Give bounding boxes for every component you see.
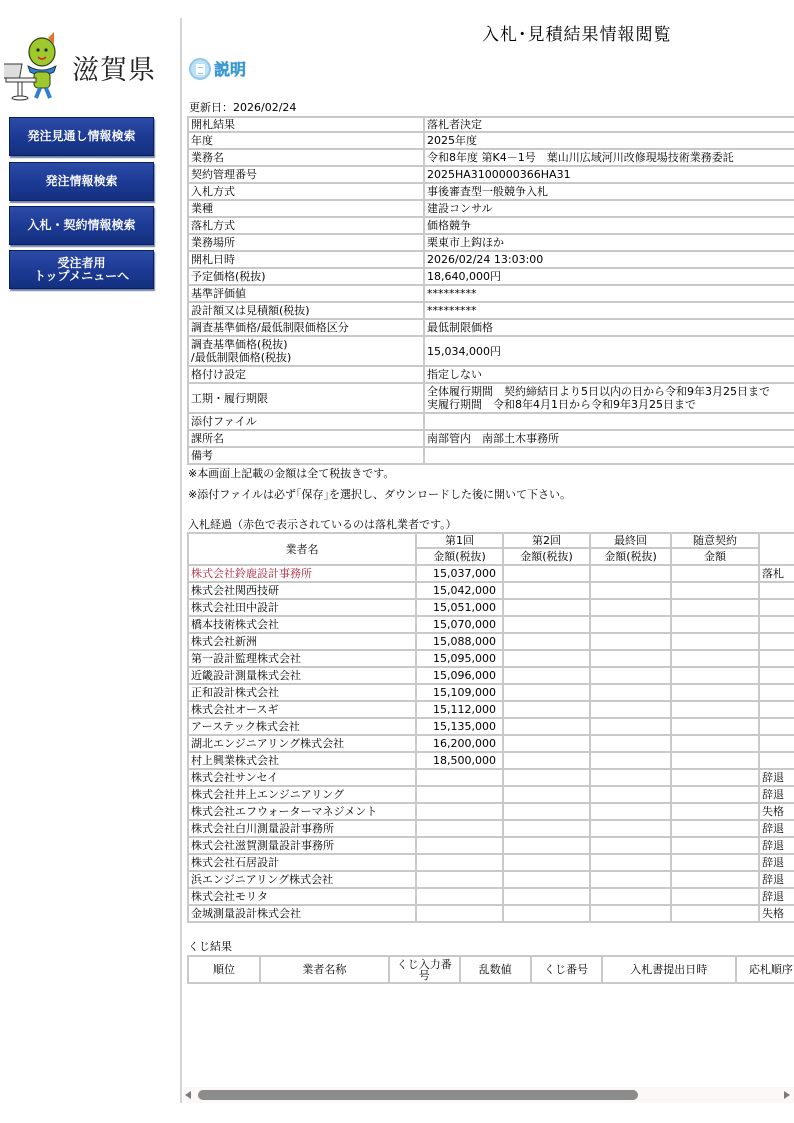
- bid-status: [758, 719, 794, 736]
- col-round1: 第1回: [415, 532, 502, 549]
- bid-status: 辞退: [758, 787, 794, 804]
- final-amount: [589, 719, 670, 736]
- final-amount: [589, 583, 670, 600]
- discretionary-amount: [670, 719, 758, 736]
- bid-row: 湖北エンジニアリング株式会社16,200,000: [187, 736, 794, 753]
- round1-amount: 15,037,000: [415, 566, 502, 583]
- final-amount: [589, 906, 670, 923]
- info-key: 課所名: [187, 431, 423, 448]
- final-amount: [589, 889, 670, 906]
- info-value: [423, 448, 794, 465]
- round1-amount: 15,135,000: [415, 719, 502, 736]
- bid-status: 失格: [758, 906, 794, 923]
- round1-amount: [415, 804, 502, 821]
- final-amount: [589, 685, 670, 702]
- info-key: 契約管理番号: [187, 167, 423, 184]
- discretionary-amount: [670, 855, 758, 872]
- final-amount: [589, 566, 670, 583]
- nav-bid-contract-search[interactable]: 入札・契約情報検索: [9, 206, 154, 245]
- discretionary-amount: [670, 838, 758, 855]
- discretionary-amount: [670, 804, 758, 821]
- info-row: 課所名南部管内 南部土木事務所: [187, 431, 794, 448]
- vendor-name: 橋本技術株式会社: [187, 617, 415, 634]
- bid-row: 株式会社石居設計辞退: [187, 855, 794, 872]
- main-content: 入札･見積結果情報閲覧 説明 更新日：2026/02/24 開札結果落札者決定年…: [186, 0, 794, 1123]
- discretionary-amount: [670, 600, 758, 617]
- info-key: 開札日時: [187, 252, 423, 269]
- bid-status: 辞退: [758, 889, 794, 906]
- info-row: 入札方式事後審査型一般競争入札: [187, 184, 794, 201]
- discretionary-amount: [670, 583, 758, 600]
- final-amount: [589, 753, 670, 770]
- bid-row: 株式会社白川測量設計事務所辞退: [187, 821, 794, 838]
- vendor-name: 湖北エンジニアリング株式会社: [187, 736, 415, 753]
- lottery-caption: くじ結果: [188, 938, 232, 954]
- bid-row: 株式会社サンセイ辞退: [187, 770, 794, 787]
- bid-row: 近畿設計測量株式会社15,096,000: [187, 668, 794, 685]
- final-amount: [589, 736, 670, 753]
- round2-amount: [502, 804, 589, 821]
- info-value: *********: [423, 286, 794, 303]
- info-value: *********: [423, 303, 794, 320]
- bid-status: [758, 702, 794, 719]
- discretionary-amount: [670, 685, 758, 702]
- round1-amount: 18,500,000: [415, 753, 502, 770]
- info-value: 15,034,000円: [423, 337, 794, 367]
- bid-row: アーステック株式会社15,135,000: [187, 719, 794, 736]
- round1-amount: [415, 838, 502, 855]
- bid-row: 浜エンジニアリング株式会社辞退: [187, 872, 794, 889]
- info-value: [423, 414, 794, 431]
- info-key: 業務場所: [187, 235, 423, 252]
- bid-status: [758, 685, 794, 702]
- round2-amount: [502, 838, 589, 855]
- final-amount: [589, 651, 670, 668]
- vendor-name: 第一設計監理株式会社: [187, 651, 415, 668]
- nav-order-forecast-search[interactable]: 発注見通し情報検索: [9, 117, 154, 156]
- discretionary-amount: [670, 702, 758, 719]
- col-status: [758, 532, 794, 566]
- final-amount: [589, 634, 670, 651]
- round1-amount: 15,070,000: [415, 617, 502, 634]
- round1-amount: [415, 787, 502, 804]
- round2-amount: [502, 821, 589, 838]
- note-attachment: ※添付ファイルは必ず｢保存｣を選択し、ダウンロードした後に開いて下さい。: [188, 486, 571, 502]
- vendor-name: 株式会社新洲: [187, 634, 415, 651]
- info-key: 設計額又は見積額(税抜): [187, 303, 423, 320]
- info-value: 建設コンサル: [423, 201, 794, 218]
- bid-row: 橋本技術株式会社15,070,000: [187, 617, 794, 634]
- info-key: 落札方式: [187, 218, 423, 235]
- info-key: 格付け設定: [187, 367, 423, 384]
- discretionary-amount: [670, 617, 758, 634]
- info-row: 設計額又は見積額(税抜)*********: [187, 303, 794, 320]
- final-amount: [589, 804, 670, 821]
- info-key: 年度: [187, 133, 423, 150]
- bid-row: 金城測量設計株式会社失格: [187, 906, 794, 923]
- round1-amount: 15,051,000: [415, 600, 502, 617]
- bid-status: [758, 668, 794, 685]
- info-value: 全体履行期間 契約締結日より5日以内の日から令和9年3月25日まで 実履行期間 …: [423, 384, 794, 414]
- col-final-round: 最終回: [589, 532, 670, 549]
- document-circle-icon: [189, 58, 211, 80]
- round1-amount: 15,095,000: [415, 651, 502, 668]
- info-row: 調査基準価格/最低制限価格区分最低制限価格: [187, 320, 794, 337]
- lottery-col: 応札順序: [735, 955, 794, 984]
- bid-status: [758, 651, 794, 668]
- info-row: 契約管理番号2025HA3100000366HA31: [187, 167, 794, 184]
- scroll-left-arrow-icon[interactable]: [185, 1091, 191, 1099]
- round2-amount: [502, 651, 589, 668]
- round1-amount: 15,112,000: [415, 702, 502, 719]
- nav-order-info-search[interactable]: 発注情報検索: [9, 162, 154, 201]
- discretionary-amount: [670, 634, 758, 651]
- bid-status: 失格: [758, 804, 794, 821]
- round2-amount: [502, 787, 589, 804]
- round1-amount: 15,109,000: [415, 685, 502, 702]
- left-nav-frame: 滋賀県 発注見通し情報検索 発注情報検索 入札・契約情報検索 受注者用 トップメ…: [0, 0, 180, 1123]
- mascot-icon: [4, 30, 68, 102]
- nav-contractor-top-menu[interactable]: 受注者用 トップメニューへ: [9, 250, 154, 289]
- vendor-name: 株式会社サンセイ: [187, 770, 415, 787]
- info-key: 入札方式: [187, 184, 423, 201]
- discretionary-amount: [670, 889, 758, 906]
- col-round2: 第2回: [502, 532, 589, 549]
- discretionary-amount: [670, 787, 758, 804]
- frame-divider: [180, 18, 182, 1103]
- info-value: 最低制限価格: [423, 320, 794, 337]
- info-row: 調査基準価格(税抜) /最低制限価格(税抜)15,034,000円: [187, 337, 794, 367]
- lottery-col: 業者名称: [259, 955, 388, 984]
- vendor-name: 近畿設計測量株式会社: [187, 668, 415, 685]
- bid-row: 第一設計監理株式会社15,095,000: [187, 651, 794, 668]
- info-value: 落札者決定: [423, 116, 794, 133]
- final-amount: [589, 600, 670, 617]
- info-key: 基準評価値: [187, 286, 423, 303]
- info-key: 開札結果: [187, 116, 423, 133]
- vendor-name: 株式会社オースギ: [187, 702, 415, 719]
- bid-row: 株式会社井上エンジニアリング辞退: [187, 787, 794, 804]
- bid-status: 辞退: [758, 821, 794, 838]
- round2-amount: [502, 583, 589, 600]
- vendor-name: 浜エンジニアリング株式会社: [187, 872, 415, 889]
- prefecture-name: 滋賀県: [72, 48, 156, 87]
- info-row: 備考: [187, 448, 794, 465]
- bid-history-caption: 入札経過（赤色で表示されているのは落札業者です。）: [188, 516, 457, 532]
- result-info-table: 開札結果落札者決定年度2025年度業務名令和8年度 第K4－1号 葉山川広域河川…: [187, 116, 794, 465]
- horizontal-scrollbar[interactable]: [183, 1087, 794, 1103]
- bid-status: [758, 600, 794, 617]
- final-amount: [589, 872, 670, 889]
- scroll-right-arrow-icon[interactable]: [784, 1091, 790, 1099]
- bid-row: 正和設計株式会社15,109,000: [187, 685, 794, 702]
- info-value: 指定しない: [423, 367, 794, 384]
- discretionary-amount: [670, 753, 758, 770]
- vendor-name: 村上興業株式会社: [187, 753, 415, 770]
- final-amount: [589, 617, 670, 634]
- bid-status: 辞退: [758, 872, 794, 889]
- bid-row: 株式会社関西技研15,042,000: [187, 583, 794, 600]
- page-title: 入札･見積結果情報閲覧: [482, 20, 672, 45]
- bid-status: [758, 736, 794, 753]
- bid-history-table: 業者名 第1回 第2回 最終回 随意契約 金額(税抜) 金額(税抜) 金額(税抜…: [187, 532, 794, 923]
- round2-amount: [502, 617, 589, 634]
- round1-amount: [415, 855, 502, 872]
- bid-status: [758, 617, 794, 634]
- lottery-col: くじ番号: [530, 955, 601, 984]
- round1-amount: [415, 770, 502, 787]
- vendor-name: 株式会社エフウォーターマネジメント: [187, 804, 415, 821]
- round1-amount: 15,042,000: [415, 583, 502, 600]
- info-key: 添付ファイル: [187, 414, 423, 431]
- round2-amount: [502, 889, 589, 906]
- bid-status: [758, 634, 794, 651]
- bid-row: 株式会社新洲15,088,000: [187, 634, 794, 651]
- vendor-name: 金城測量設計株式会社: [187, 906, 415, 923]
- lottery-col: 順位: [187, 955, 259, 984]
- info-value: 2026/02/24 13:03:00: [423, 252, 794, 269]
- vendor-name: 株式会社田中設計: [187, 600, 415, 617]
- round2-amount: [502, 855, 589, 872]
- col-final-amount: 金額(税抜): [589, 549, 670, 566]
- info-row: 年度2025年度: [187, 133, 794, 150]
- discretionary-amount: [670, 736, 758, 753]
- vendor-name: 正和設計株式会社: [187, 685, 415, 702]
- bid-row: 株式会社田中設計15,051,000: [187, 600, 794, 617]
- round2-amount: [502, 600, 589, 617]
- info-row: 開札結果落札者決定: [187, 116, 794, 133]
- bid-status: [758, 753, 794, 770]
- final-amount: [589, 668, 670, 685]
- info-key: 調査基準価格(税抜) /最低制限価格(税抜): [187, 337, 423, 367]
- discretionary-amount: [670, 651, 758, 668]
- discretionary-amount: [670, 668, 758, 685]
- info-key: 調査基準価格/最低制限価格区分: [187, 320, 423, 337]
- info-value: 2025年度: [423, 133, 794, 150]
- round2-amount: [502, 685, 589, 702]
- col-discretionary: 随意契約: [670, 532, 758, 549]
- final-amount: [589, 702, 670, 719]
- round2-amount: [502, 872, 589, 889]
- vendor-name: 株式会社滋賀測量設計事務所: [187, 838, 415, 855]
- bid-row: 株式会社滋賀測量設計事務所辞退: [187, 838, 794, 855]
- info-value: 南部管内 南部土木事務所: [423, 431, 794, 448]
- col-round2-amount: 金額(税抜): [502, 549, 589, 566]
- round1-amount: [415, 906, 502, 923]
- info-value: 18,640,000円: [423, 269, 794, 286]
- round2-amount: [502, 719, 589, 736]
- info-value: 2025HA3100000366HA31: [423, 167, 794, 184]
- discretionary-amount: [670, 566, 758, 583]
- info-key: 業務名: [187, 150, 423, 167]
- info-key: 予定価格(税抜): [187, 269, 423, 286]
- discretionary-amount: [670, 906, 758, 923]
- round1-amount: [415, 821, 502, 838]
- note-tax: ※本画面上記載の金額は全て税抜きです。: [188, 465, 394, 481]
- col-round1-amount: 金額(税抜): [415, 549, 502, 566]
- updated-date: 更新日：2026/02/24: [189, 99, 296, 115]
- scrollbar-thumb[interactable]: [198, 1090, 638, 1100]
- info-row: 工期・履行期限全体履行期間 契約締結日より5日以内の日から令和9年3月25日まで…: [187, 384, 794, 414]
- lottery-col: 入札書提出日時: [601, 955, 735, 984]
- info-row: 業務名令和8年度 第K4－1号 葉山川広域河川改修現場技術業務委託: [187, 150, 794, 167]
- info-row: 開札日時2026/02/24 13:03:00: [187, 252, 794, 269]
- round1-amount: 15,096,000: [415, 668, 502, 685]
- round1-amount: 16,200,000: [415, 736, 502, 753]
- info-row: 予定価格(税抜)18,640,000円: [187, 269, 794, 286]
- bid-row: 株式会社オースギ15,112,000: [187, 702, 794, 719]
- round1-amount: 15,088,000: [415, 634, 502, 651]
- bid-status: [758, 583, 794, 600]
- info-key: 工期・履行期限: [187, 384, 423, 414]
- bid-status: 辞退: [758, 855, 794, 872]
- round2-amount: [502, 702, 589, 719]
- bid-status: 落札: [758, 566, 794, 583]
- vendor-name: 株式会社関西技研: [187, 583, 415, 600]
- vendor-name: アーステック株式会社: [187, 719, 415, 736]
- vendor-name: 株式会社白川測量設計事務所: [187, 821, 415, 838]
- info-value: 事後審査型一般競争入札: [423, 184, 794, 201]
- round2-amount: [502, 634, 589, 651]
- info-key: 備考: [187, 448, 423, 465]
- info-row: 業種建設コンサル: [187, 201, 794, 218]
- final-amount: [589, 787, 670, 804]
- help-label: 説明: [214, 57, 246, 80]
- lottery-col: くじ入力番号: [388, 955, 459, 984]
- round1-amount: [415, 872, 502, 889]
- info-row: 基準評価値*********: [187, 286, 794, 303]
- bid-status: 辞退: [758, 838, 794, 855]
- discretionary-amount: [670, 872, 758, 889]
- bid-status: 辞退: [758, 770, 794, 787]
- col-discretionary-amount: 金額: [670, 549, 758, 566]
- round2-amount: [502, 906, 589, 923]
- final-amount: [589, 821, 670, 838]
- final-amount: [589, 855, 670, 872]
- info-key: 業種: [187, 201, 423, 218]
- round1-amount: [415, 889, 502, 906]
- vendor-name: 株式会社井上エンジニアリング: [187, 787, 415, 804]
- round2-amount: [502, 566, 589, 583]
- final-amount: [589, 838, 670, 855]
- round2-amount: [502, 770, 589, 787]
- round2-amount: [502, 668, 589, 685]
- info-value: 栗東市上鈎ほか: [423, 235, 794, 252]
- help-link[interactable]: 説明: [189, 57, 246, 80]
- vendor-name: 株式会社モリタ: [187, 889, 415, 906]
- bid-row: 株式会社モリタ辞退: [187, 889, 794, 906]
- round2-amount: [502, 736, 589, 753]
- discretionary-amount: [670, 821, 758, 838]
- lottery-table: 順位業者名称くじ入力番号乱数値くじ番号入札書提出日時応札順序: [187, 955, 794, 984]
- col-vendor-name: 業者名: [187, 532, 415, 566]
- info-value: 価格競争: [423, 218, 794, 235]
- final-amount: [589, 770, 670, 787]
- bid-row: 株式会社エフウォーターマネジメント失格: [187, 804, 794, 821]
- info-row: 落札方式価格競争: [187, 218, 794, 235]
- info-row: 格付け設定指定しない: [187, 367, 794, 384]
- lottery-col: 乱数値: [459, 955, 530, 984]
- bid-row: 株式会社鈴鹿設計事務所15,037,000落札: [187, 566, 794, 583]
- info-row: 添付ファイル: [187, 414, 794, 431]
- vendor-name: 株式会社鈴鹿設計事務所: [187, 566, 415, 583]
- discretionary-amount: [670, 770, 758, 787]
- info-value: 令和8年度 第K4－1号 葉山川広域河川改修現場技術業務委託: [423, 150, 794, 167]
- shiga-logo[interactable]: 滋賀県: [4, 30, 164, 102]
- vendor-name: 株式会社石居設計: [187, 855, 415, 872]
- bid-row: 村上興業株式会社18,500,000: [187, 753, 794, 770]
- round2-amount: [502, 753, 589, 770]
- info-row: 業務場所栗東市上鈎ほか: [187, 235, 794, 252]
